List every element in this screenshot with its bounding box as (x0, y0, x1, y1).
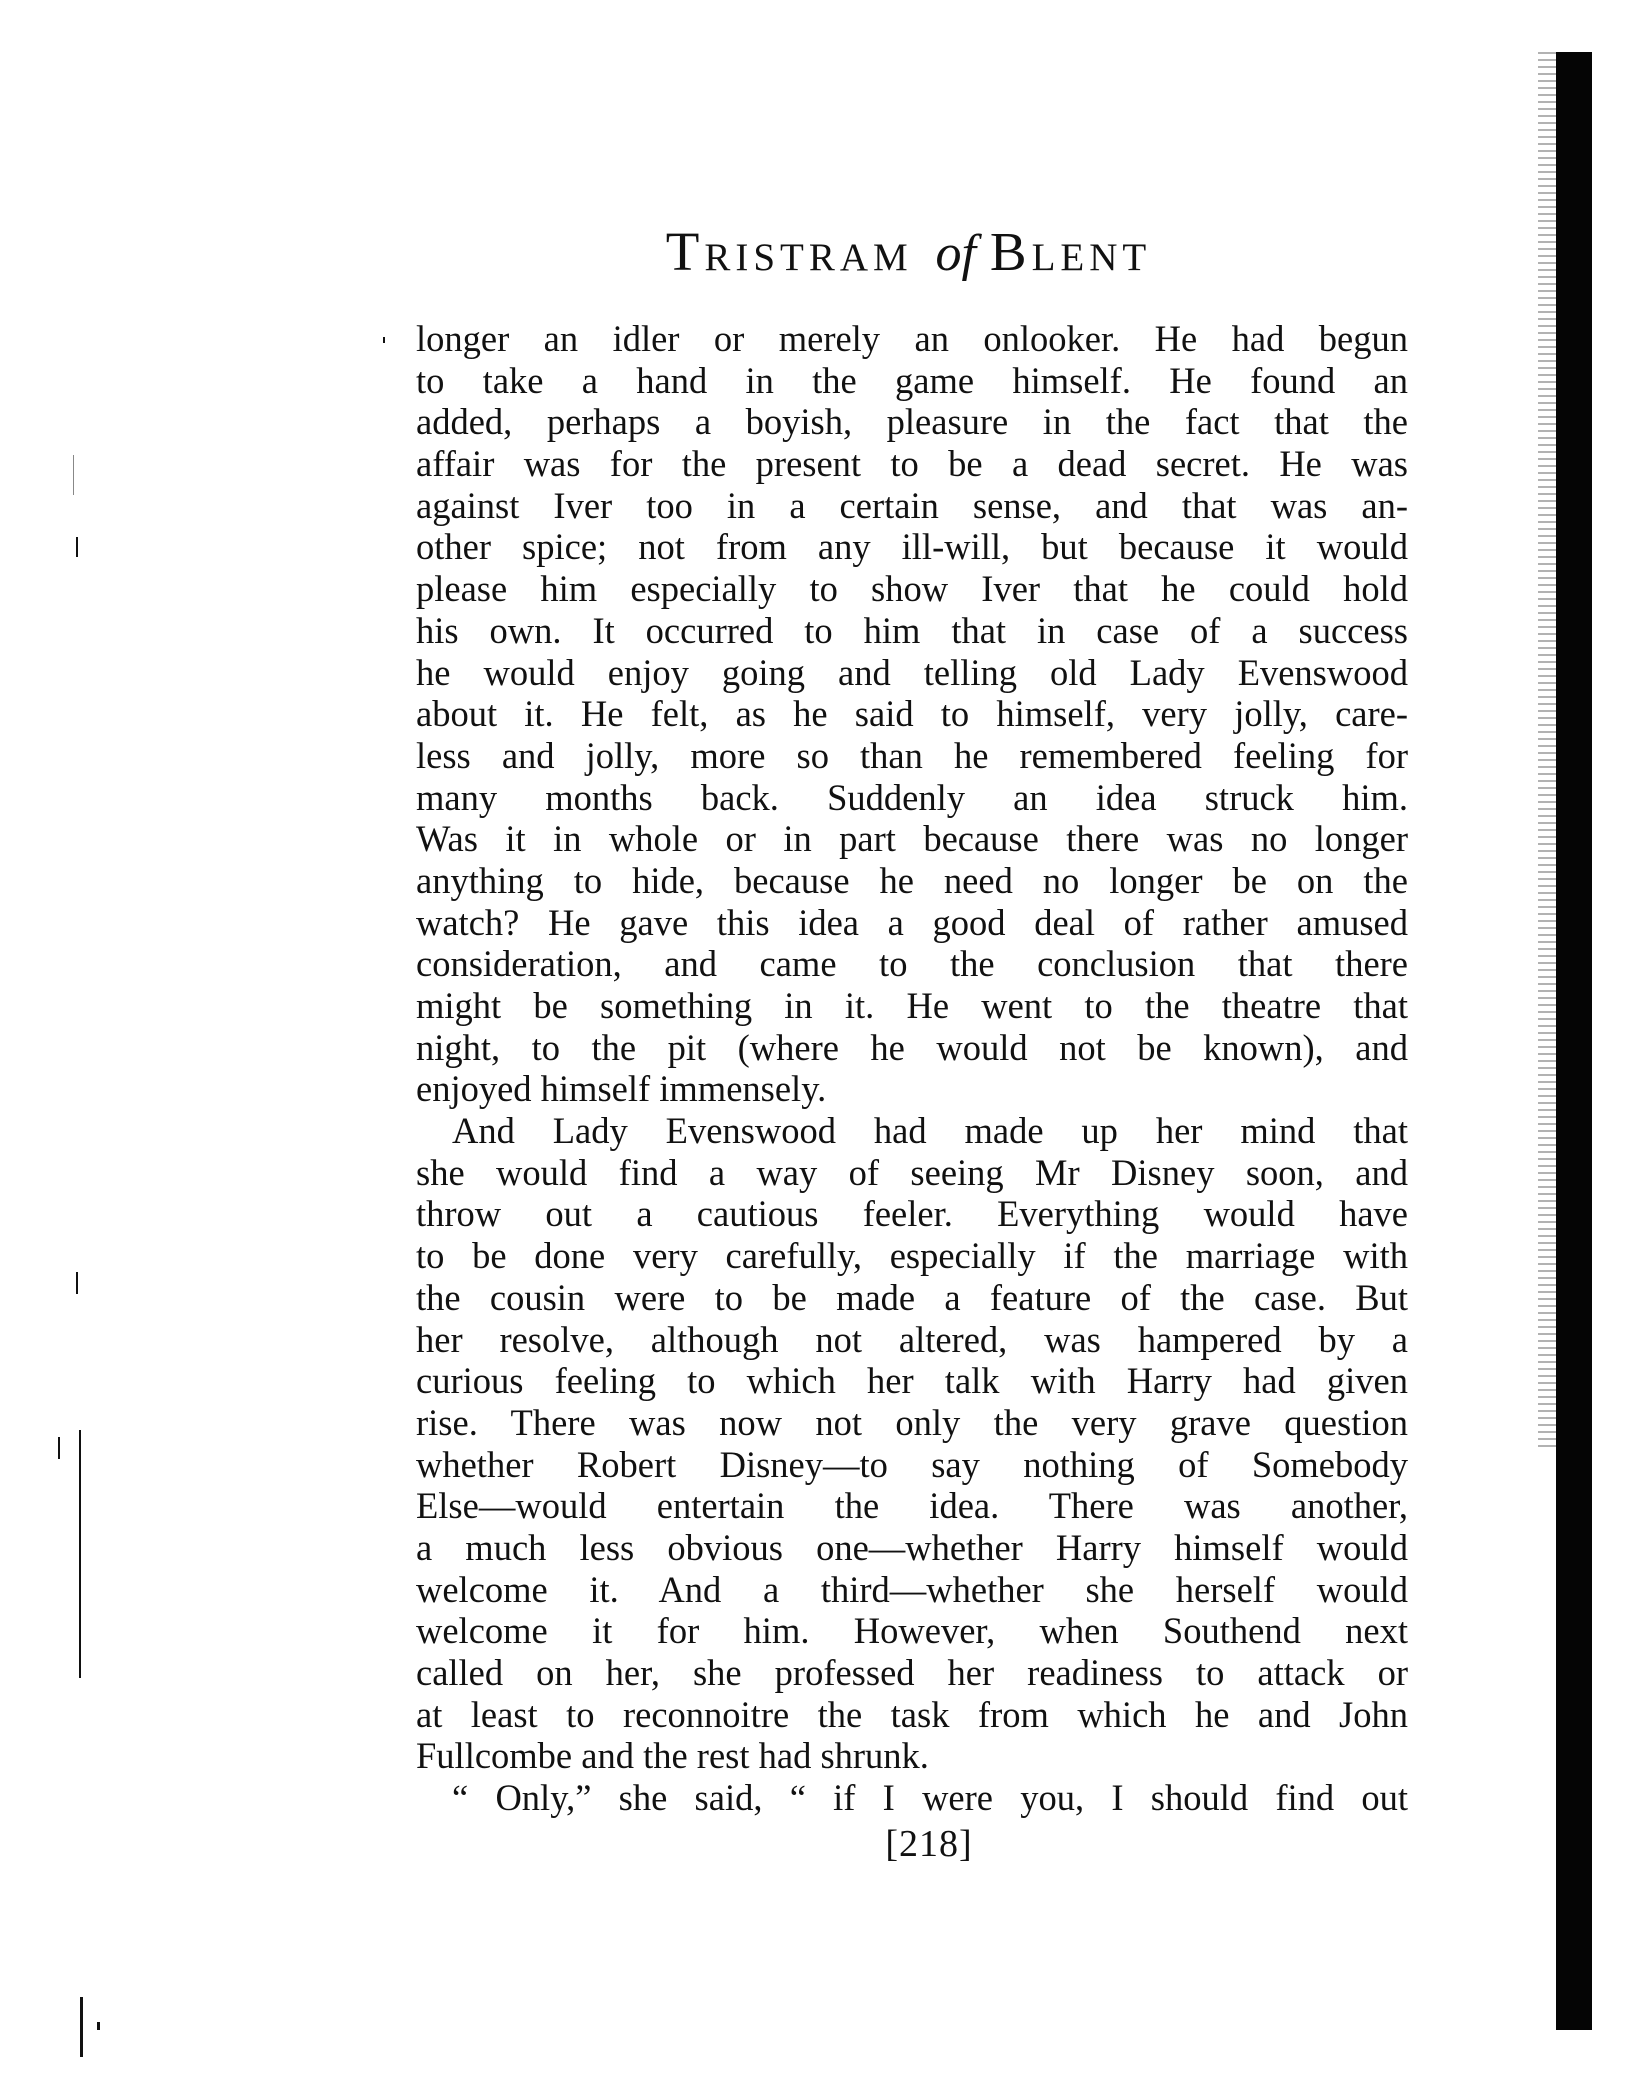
text-line: rise. There was now not only the very gr… (416, 1402, 1408, 1444)
text-line: many months back. Suddenly an idea struc… (416, 777, 1408, 819)
text-line: And Lady Evenswood had made up her mind … (416, 1110, 1408, 1152)
text-line: added, perhaps a boyish, pleasure in the… (416, 401, 1408, 443)
running-header: Tristram ofBlent (0, 222, 1627, 282)
margin-mark (76, 1272, 78, 1294)
margin-mark (383, 337, 385, 343)
text-line: night, to the pit (where he would not be… (416, 1027, 1408, 1069)
text-line: welcome it. And a third—whether she hers… (416, 1569, 1408, 1611)
binding-edge (1556, 52, 1592, 2030)
text-line: anything to hide, because he need no lon… (416, 860, 1408, 902)
text-line: his own. It occurred to him that in case… (416, 610, 1408, 652)
title-of: of (935, 225, 975, 282)
text-line: he would enjoy going and telling old Lad… (416, 652, 1408, 694)
text-line: Else—would entertain the idea. There was… (416, 1485, 1408, 1527)
text-line: to be done very carefully, especially if… (416, 1235, 1408, 1277)
text-line: consideration, and came to the conclusio… (416, 943, 1408, 985)
margin-mark (58, 1437, 60, 1459)
body-text: longer an idler or merely an onlooker. H… (416, 318, 1408, 1819)
margin-mark (97, 2022, 100, 2030)
text-line: Fullcombe and the rest had shrunk. (416, 1735, 1408, 1777)
title-part-2: Blent (990, 221, 1151, 282)
text-line: affair was for the present to be a dead … (416, 443, 1408, 485)
text-line: the cousin were to be made a feature of … (416, 1277, 1408, 1319)
text-line: curious feeling to which her talk with H… (416, 1360, 1408, 1402)
text-line: enjoyed himself immensely. (416, 1068, 1408, 1110)
text-line: against Iver too in a certain sense, and… (416, 485, 1408, 527)
text-line: called on her, she professed her readine… (416, 1652, 1408, 1694)
title-part-1: Tristram (666, 221, 913, 282)
text-line: other spice; not from any ill-will, but … (416, 526, 1408, 568)
margin-mark (76, 537, 78, 557)
page-number: [218] (880, 1822, 978, 1866)
text-line: watch? He gave this idea a good deal of … (416, 902, 1408, 944)
margin-mark (73, 455, 74, 495)
text-line: Was it in whole or in part because there… (416, 818, 1408, 860)
text-line: please him especially to show Iver that … (416, 568, 1408, 610)
text-line: welcome it for him. However, when Southe… (416, 1610, 1408, 1652)
running-title: Tristram ofBlent (666, 222, 1152, 284)
text-line: at least to reconnoitre the task from wh… (416, 1694, 1408, 1736)
text-line: longer an idler or merely an onlooker. H… (416, 318, 1408, 360)
text-line: might be something in it. He went to the… (416, 985, 1408, 1027)
text-line: whether Robert Disney—to say nothing of … (416, 1444, 1408, 1486)
text-line: to take a hand in the game himself. He f… (416, 360, 1408, 402)
text-line: less and jolly, more so than he remember… (416, 735, 1408, 777)
text-line: her resolve, although not altered, was h… (416, 1319, 1408, 1361)
text-line: about it. He felt, as he said to himself… (416, 693, 1408, 735)
text-line: throw out a cautious feeler. Everything … (416, 1193, 1408, 1235)
margin-mark (79, 1430, 81, 1678)
text-line: she would find a way of seeing Mr Disney… (416, 1152, 1408, 1194)
text-line: “ Only,” she said, “ if I were you, I sh… (416, 1777, 1408, 1819)
margin-mark (80, 1997, 83, 2057)
text-line: a much less obvious one—whether Harry hi… (416, 1527, 1408, 1569)
